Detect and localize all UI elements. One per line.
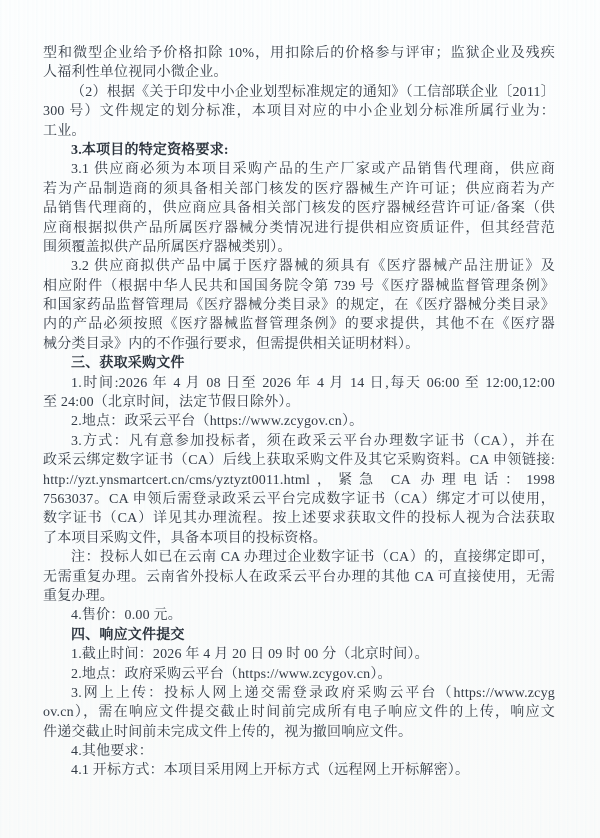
text-line: 300 号）文件规定的划分标准，本项目对应的中小企业划分标准所属行业为： xyxy=(43,102,555,121)
text-line: 围须覆盖拟供产品所属医疗器械类别）。 xyxy=(43,238,555,257)
text-line: 型和微型企业给予价格扣除 10%，用扣除后的价格参与评审；监狱企业及残疾 xyxy=(43,44,555,63)
text-line: 3.网上上传：投标人网上递交需登录政府采购云平台（https://www.zcy… xyxy=(43,684,555,703)
text-line: 政采云绑定数字证书（CA）后线上获取采购文件及其它采购资料。CA 申领链接: xyxy=(43,451,555,470)
text-line: 若为产品制造商的须具备相关部门核发的医疗器械生产许可证；供应商若为产 xyxy=(43,180,555,199)
text-line: http://yzt.ynsmartcert.cn/cms/yztyzt0011… xyxy=(43,471,555,490)
section-heading: 三、获取采购文件 xyxy=(43,354,555,373)
text-line: 重复办理。 xyxy=(43,587,555,606)
text-line: 4.售价：0.00 元。 xyxy=(43,606,555,625)
text-line: （2）根据《关于印发中小企业划型标准规定的通知》（工信部联企业〔2011〕 xyxy=(43,83,555,102)
text-line: 注：投标人如已在云南 CA 办理过企业数字证书（CA）的，直接绑定即可， xyxy=(43,548,555,567)
scanned-document-page: 型和微型企业给予价格扣除 10%，用扣除后的价格参与评审；监狱企业及残疾人福利性… xyxy=(0,0,600,838)
text-line: 3.2 供应商拟供产品中属于医疗器械的须具有《医疗器械产品注册证》及 xyxy=(43,257,555,276)
text-line: 人福利性单位视同小微企业。 xyxy=(43,63,555,82)
text-line: 2.地点：政采云平台（https://www.zcygov.cn）。 xyxy=(43,412,555,431)
text-line: 3.方式：凡有意参加投标者，须在政采云平台办理数字证书（CA），并在 xyxy=(43,432,555,451)
text-line: 4.1 开标方式：本项目采用网上开标方式（远程网上开标解密）。 xyxy=(43,761,555,780)
text-line: 械分类目录》内的不作强行要求，但需提供相关证明材料）。 xyxy=(43,335,555,354)
text-line: 工业。 xyxy=(43,122,555,141)
text-line: 2.地点：政府采购云平台（https://www.zcygov.cn）。 xyxy=(43,665,555,684)
text-line: 品销售代理商的，供应商应具备相关部门核发的医疗器械经营许可证/备案（供 xyxy=(43,199,555,218)
text-line: 件递交截止时间前未完成文件上传的，视为撤回响应文件。 xyxy=(43,723,555,742)
text-line: 数字证书（CA）详见其办理流程。按上述要求获取文件的投标人视为合法获取 xyxy=(43,509,555,528)
text-line: 3.1 供应商必须为本项目采购产品的生产厂家或产品销售代理商，供应商 xyxy=(43,160,555,179)
text-line: 4.其他要求： xyxy=(43,742,555,761)
text-line: 至 24:00（北京时间，法定节假日除外）。 xyxy=(43,393,555,412)
document-body-text: 型和微型企业给予价格扣除 10%，用扣除后的价格参与评审；监狱企业及残疾人福利性… xyxy=(43,44,555,781)
text-line: 相应附件（根据中华人民共和国国务院令第 739 号《医疗器械监督管理条例》 xyxy=(43,277,555,296)
text-line: 和国家药品监督管理局《医疗器械分类目录》的规定，在《医疗器械分类目录》 xyxy=(43,296,555,315)
text-line: 1.截止时间：2026 年 4 月 20 日 09 时 00 分（北京时间）。 xyxy=(43,645,555,664)
text-line: 7563037。CA 申领后需登录政采云平台完成数字证书（CA）绑定才可以使用， xyxy=(43,490,555,509)
text-line: 无需重复办理。云南省外投标人在政采云平台办理的其他 CA 可直接使用，无需 xyxy=(43,568,555,587)
text-line: 内的产品必须按照《医疗器械监督管理条例》的要求提供，其他不在《医疗器 xyxy=(43,315,555,334)
text-line: 1.时间:2026 年 4 月 08 日至 2026 年 4 月 14 日,每天… xyxy=(43,374,555,393)
text-line: 应商根据拟供产品所属医疗器械分类情况进行提供相应资质证件，但其经营范 xyxy=(43,219,555,238)
text-line: 了本项目采购文件，具备本项目的投标资格。 xyxy=(43,529,555,548)
section-heading: 3.本项目的特定资格要求: xyxy=(43,141,555,160)
section-heading: 四、响应文件提交 xyxy=(43,626,555,645)
text-line: ov.cn），需在响应文件提交截止时间前完成所有电子响应文件的上传，响应文 xyxy=(43,703,555,722)
